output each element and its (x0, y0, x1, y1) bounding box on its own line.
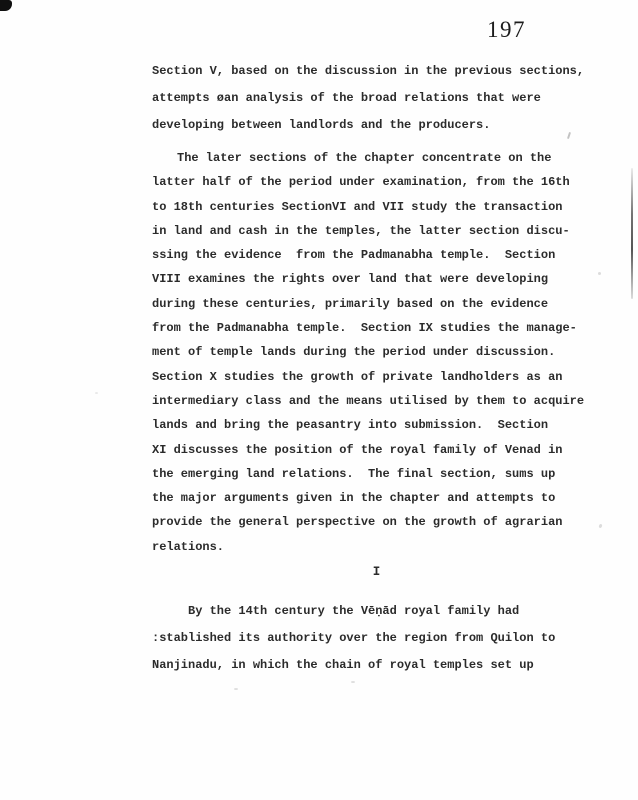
text-line: latter half of the period under examinat… (152, 170, 592, 194)
paragraph-continuation: Section V, based on the discussion in th… (152, 58, 592, 139)
text-line: Section X studies the growth of private … (152, 365, 592, 389)
scan-speck-artifact (598, 272, 601, 275)
text-line: Section V, based on the discussion in th… (152, 58, 592, 85)
scan-margin-line-artifact (631, 168, 633, 299)
text-line: the emerging land relations. The final s… (152, 462, 592, 486)
text-line: the major arguments given in the chapter… (152, 486, 592, 510)
text-line: VIII examines the rights over land that … (152, 267, 592, 291)
text-line: ssing the evidence from the Padmanabha t… (152, 243, 592, 267)
page-number: 197 (487, 17, 526, 43)
text-line: provide the general perspective on the g… (152, 510, 592, 534)
scan-speck-artifact (234, 688, 238, 690)
paragraph-section-one: By the 14th century the Vēṇād royal fami… (152, 598, 592, 679)
paragraph-chapter-overview: The later sections of the chapter concen… (152, 146, 592, 559)
text-line: to 18th centuries SectionVI and VII stud… (152, 195, 592, 219)
scan-speck-artifact (598, 524, 602, 529)
text-line: from the Padmanabha temple. Section IX s… (152, 316, 592, 340)
scan-speck-artifact (351, 681, 355, 683)
text-line: Nanjinadu, in which the chain of royal t… (152, 652, 592, 679)
text-line: XI discusses the position of the royal f… (152, 438, 592, 462)
text-line: By the 14th century the Vēṇād royal fami… (152, 598, 592, 625)
text-line: during these centuries, primarily based … (152, 292, 592, 316)
scan-corner-artifact (0, 0, 12, 11)
text-line: relations. (152, 535, 592, 559)
text-line: intermediary class and the means utilise… (152, 389, 592, 413)
text-line: developing between landlords and the pro… (152, 112, 592, 139)
text-line: ment of temple lands during the period u… (152, 340, 592, 364)
scan-speck-artifact (95, 392, 98, 394)
document-page: 197 Section V, based on the discussion i… (0, 0, 638, 800)
text-line: The later sections of the chapter concen… (152, 146, 592, 170)
text-line: lands and bring the peasantry into submi… (152, 413, 592, 437)
text-line: :stablished its authority over the regio… (152, 625, 592, 652)
text-line: in land and cash in the temples, the lat… (152, 219, 592, 243)
section-heading-numeral: I (160, 565, 593, 579)
text-line: attempts øan analysis of the broad relat… (152, 85, 592, 112)
